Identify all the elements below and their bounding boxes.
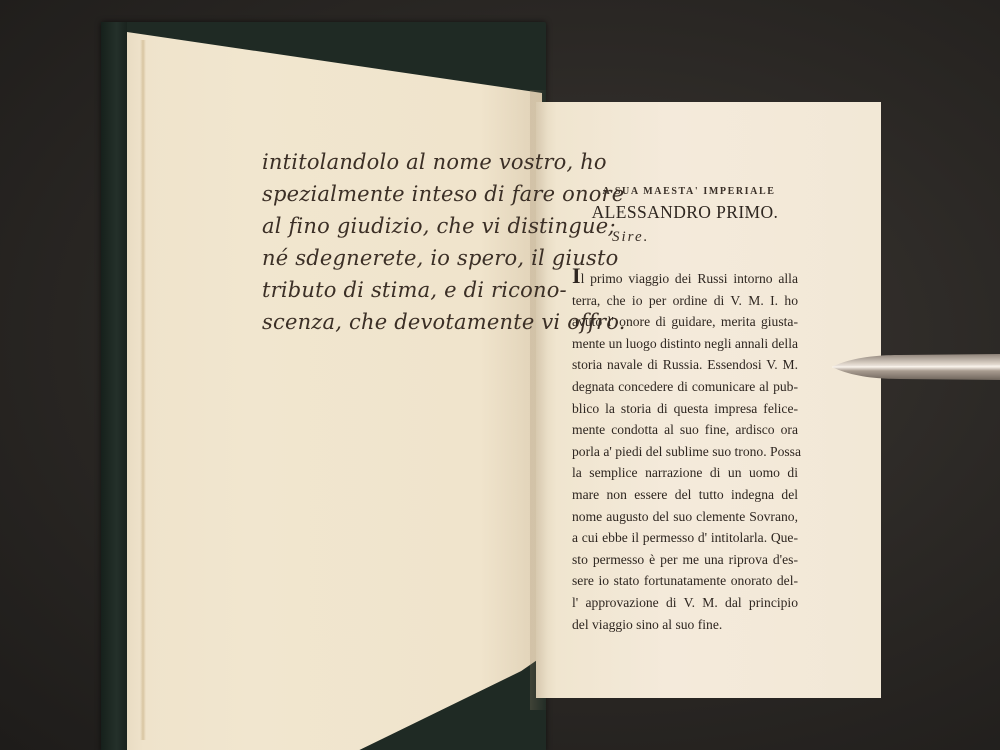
script-line: tributo di stima, e di ricono- <box>262 274 524 306</box>
script-line: né sdegnerete, io spero, il giusto <box>262 242 524 274</box>
body-line: mente condotta al suo fine, ardisco ora <box>572 419 798 441</box>
script-line: scenza, che devotamente vi offro. <box>262 306 524 338</box>
body-line: blico la storia di questa impresa felice… <box>572 398 798 420</box>
drop-cap: I <box>572 263 581 288</box>
page-stain <box>140 40 146 740</box>
body-line: storia navale di Russia. Essendosi V. M. <box>572 354 798 376</box>
dedication-heading: A SUA MAESTA' IMPERIALE ALESSANDRO PRIMO… <box>572 186 798 246</box>
first-line-text: l primo viaggio dei Russi intorno alla <box>581 271 798 286</box>
salutation: Sire. <box>612 229 798 246</box>
body-line: degnata concedere di comunicare al pub- <box>572 376 798 398</box>
left-page-script-text: intitolandolo al nome vostro, ho spezial… <box>262 146 524 338</box>
dedication-line-2: ALESSANDRO PRIMO. <box>572 202 798 223</box>
body-line: l' approvazione di V. M. dal principio <box>572 592 798 614</box>
body-line: sere io stato fortunatamente onorato del… <box>572 570 798 592</box>
body-line: porla a' piedi del sublime suo trono. Po… <box>572 441 798 463</box>
dedication-body: Il primo viaggio dei Russi intorno alla … <box>572 268 798 635</box>
body-line: la semplice narrazione di un uomo di <box>572 462 798 484</box>
script-line: al fino giudizio, che vi distingue; <box>262 210 524 242</box>
body-line: del viaggio sino al suo fine. <box>572 614 798 636</box>
body-line: terra, che io per ordine di V. M. I. ho <box>572 290 798 312</box>
body-line: sto permesso è per me una riprova d'es- <box>572 549 798 571</box>
body-line: mente un luogo distinto negli annali del… <box>572 333 798 355</box>
dedication-line-1: A SUA MAESTA' IMPERIALE <box>580 186 798 197</box>
body-line: nome augusto del suo clemente Sovrano, <box>572 506 798 528</box>
body-line: a cui ebbe il permesso d' intitolarla. Q… <box>572 527 798 549</box>
body-line: mare non essere del tutto indegna del <box>572 484 798 506</box>
body-line: avuto l' onore di guidare, merita giusta… <box>572 311 798 333</box>
silver-pointer-icon <box>830 350 1000 384</box>
left-page <box>127 32 542 750</box>
script-line: intitolandolo al nome vostro, ho <box>262 146 524 178</box>
script-line: spezialmente inteso di fare onore <box>262 178 524 210</box>
book-spine-edge <box>101 22 127 750</box>
book-photo: intitolandolo al nome vostro, ho spezial… <box>0 0 1000 750</box>
body-line: Il primo viaggio dei Russi intorno alla <box>572 268 798 290</box>
